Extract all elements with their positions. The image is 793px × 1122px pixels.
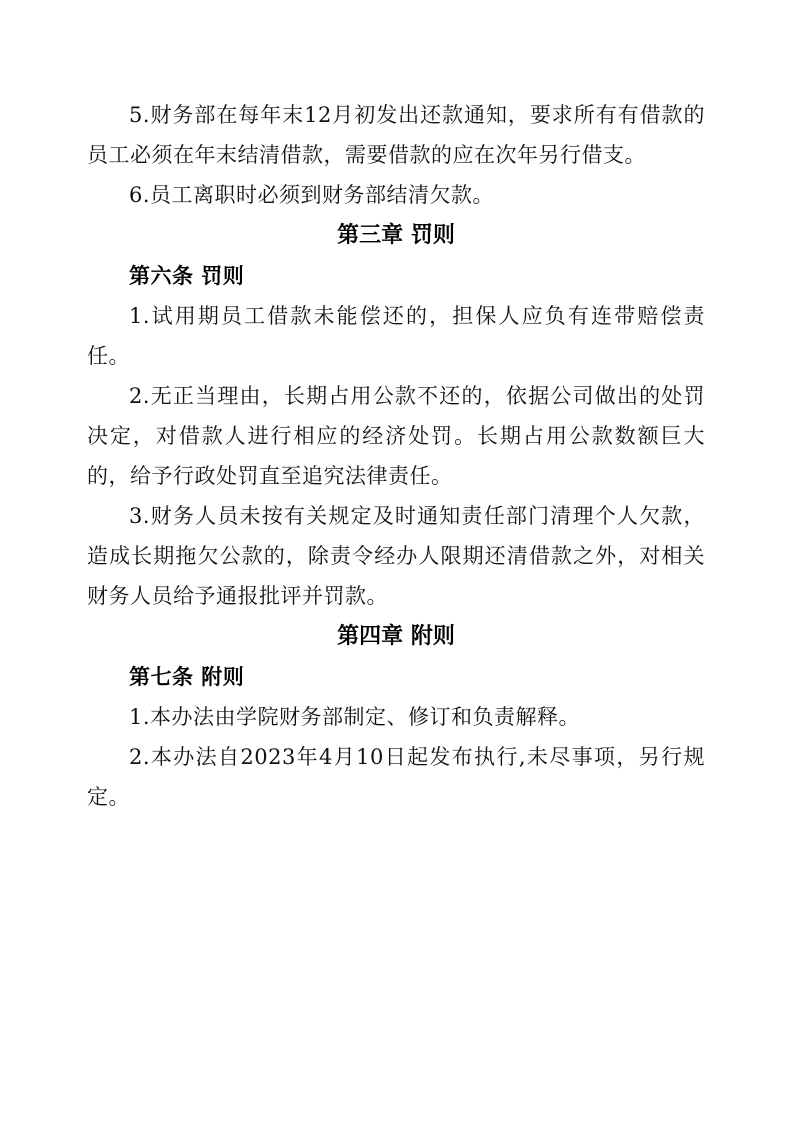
paragraph-item-6-resignation-settlement: 6.员工离职时必须到财务部结清欠款。 [87,175,705,215]
paragraph-item-5-repayment-notice: 5.财务部在每年末12月初发出还款通知，要求所有有借款的员工必须在年末结清借款，… [87,95,705,175]
article-heading-7-supplementary: 第七条 附则 [87,657,705,697]
document-page: 5.财务部在每年末12月初发出还款通知，要求所有有借款的员工必须在年末结清借款，… [0,0,793,1122]
document-body: 5.财务部在每年末12月初发出还款通知，要求所有有借款的员工必须在年末结清借款，… [87,95,705,817]
paragraph-supplementary-2-effective-date: 2.本办法自2023年4月10日起发布执行,未尽事项，另行规定。 [87,737,705,817]
paragraph-penalty-3-finance-staff-negligence: 3.财务人员未按有关规定及时通知责任部门清理个人欠款，造成长期拖欠公款的，除责令… [87,496,705,616]
article-heading-6-penalties: 第六条 罚则 [87,256,705,296]
chapter-heading-3-penalties: 第三章 罚则 [87,215,705,256]
paragraph-supplementary-1-interpretation: 1.本办法由学院财务部制定、修订和负责解释。 [87,697,705,737]
paragraph-penalty-2-occupying-public-funds: 2.无正当理由，长期占用公款不还的，依据公司做出的处罚决定，对借款人进行相应的经… [87,376,705,496]
chapter-heading-4-supplementary: 第四章 附则 [87,616,705,657]
paragraph-penalty-1-probation-guarantor: 1.试用期员工借款未能偿还的，担保人应负有连带赔偿责任。 [87,296,705,376]
